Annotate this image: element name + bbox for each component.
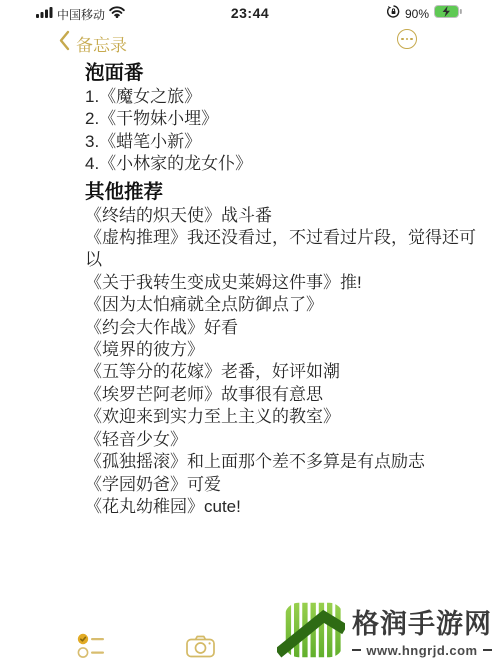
note-line: 《埃罗芒阿老师》故事很有意思 bbox=[85, 384, 477, 406]
green-striped-roof-logo bbox=[277, 600, 345, 665]
note-line: 《学园奶爸》可爱 bbox=[85, 474, 477, 496]
status-left-group: 中国移动 bbox=[36, 5, 125, 23]
rule-right bbox=[483, 649, 492, 651]
chevron-left-icon bbox=[58, 30, 70, 56]
back-button[interactable]: 备忘录 bbox=[58, 30, 127, 56]
battery-percent-label: 90% bbox=[405, 7, 429, 21]
note-line: 2.《干物妹小埋》 bbox=[85, 108, 477, 130]
note-line: 4.《小林家的龙女仆》 bbox=[85, 153, 477, 175]
note-line: 《终结的炽天使》战斗番 bbox=[85, 205, 477, 227]
notes-app-screen: 中国移动 23:44 90% bbox=[0, 0, 500, 667]
back-button-label: 备忘录 bbox=[76, 31, 127, 56]
more-options-button[interactable] bbox=[397, 29, 417, 49]
note-line: 《五等分的花嫁》老番，好评如潮 bbox=[85, 361, 477, 383]
wifi-icon bbox=[109, 5, 125, 23]
note-line: 3.《蜡笔小新》 bbox=[85, 131, 477, 153]
note-line: 1.《魔女之旅》 bbox=[85, 86, 477, 108]
watermark-site-url: www.hngrjd.com bbox=[366, 643, 477, 658]
camera-icon bbox=[186, 645, 215, 662]
carrier-label: 中国移动 bbox=[57, 6, 105, 23]
note-line: 《关于我转生变成史莱姆这件事》推! bbox=[85, 272, 477, 294]
note-editor-area[interactable]: 泡面番 1.《魔女之旅》 2.《干物妹小埋》 3.《蜡笔小新》 4.《小林家的龙… bbox=[85, 61, 477, 518]
note-line: 《因为太怕痛就全点防御点了》 bbox=[85, 294, 477, 316]
section-heading: 其他推荐 bbox=[85, 180, 477, 205]
note-line: 《孤独摇滚》和上面那个差不多算是有点励志 bbox=[85, 451, 477, 473]
nav-bar: 备忘录 bbox=[0, 26, 500, 60]
note-line: 《约会大作战》好看 bbox=[85, 317, 477, 339]
orientation-lock-icon bbox=[387, 5, 400, 23]
site-watermark: 格润手游网 www.hngrjd.com bbox=[277, 600, 492, 665]
status-bar: 中国移动 23:44 90% bbox=[0, 0, 500, 26]
checklist-icon bbox=[76, 647, 108, 664]
note-line: 《轻音少女》 bbox=[85, 429, 477, 451]
note-line: 《虚构推理》我还没看过，不过看过片段，觉得还可以 bbox=[85, 227, 477, 272]
signal-bars-icon bbox=[36, 5, 53, 23]
battery-charging-icon bbox=[434, 5, 462, 23]
camera-button[interactable] bbox=[186, 635, 215, 663]
watermark-site-name: 格润手游网 bbox=[352, 608, 492, 640]
ellipsis-circle-icon bbox=[401, 38, 413, 41]
watermark-text-block: 格润手游网 www.hngrjd.com bbox=[352, 608, 492, 658]
note-line: 《花丸幼稚园》cute! bbox=[85, 496, 477, 518]
note-line: 《欢迎来到实力至上主义的教室》 bbox=[85, 406, 477, 428]
clock-time: 23:44 bbox=[231, 5, 269, 21]
checklist-button[interactable] bbox=[76, 632, 108, 665]
watermark-url-row: www.hngrjd.com bbox=[352, 643, 492, 658]
section-heading: 泡面番 bbox=[85, 61, 477, 86]
status-right-group: 90% bbox=[387, 5, 462, 23]
rule-left bbox=[352, 649, 361, 651]
note-line: 《境界的彼方》 bbox=[85, 339, 477, 361]
